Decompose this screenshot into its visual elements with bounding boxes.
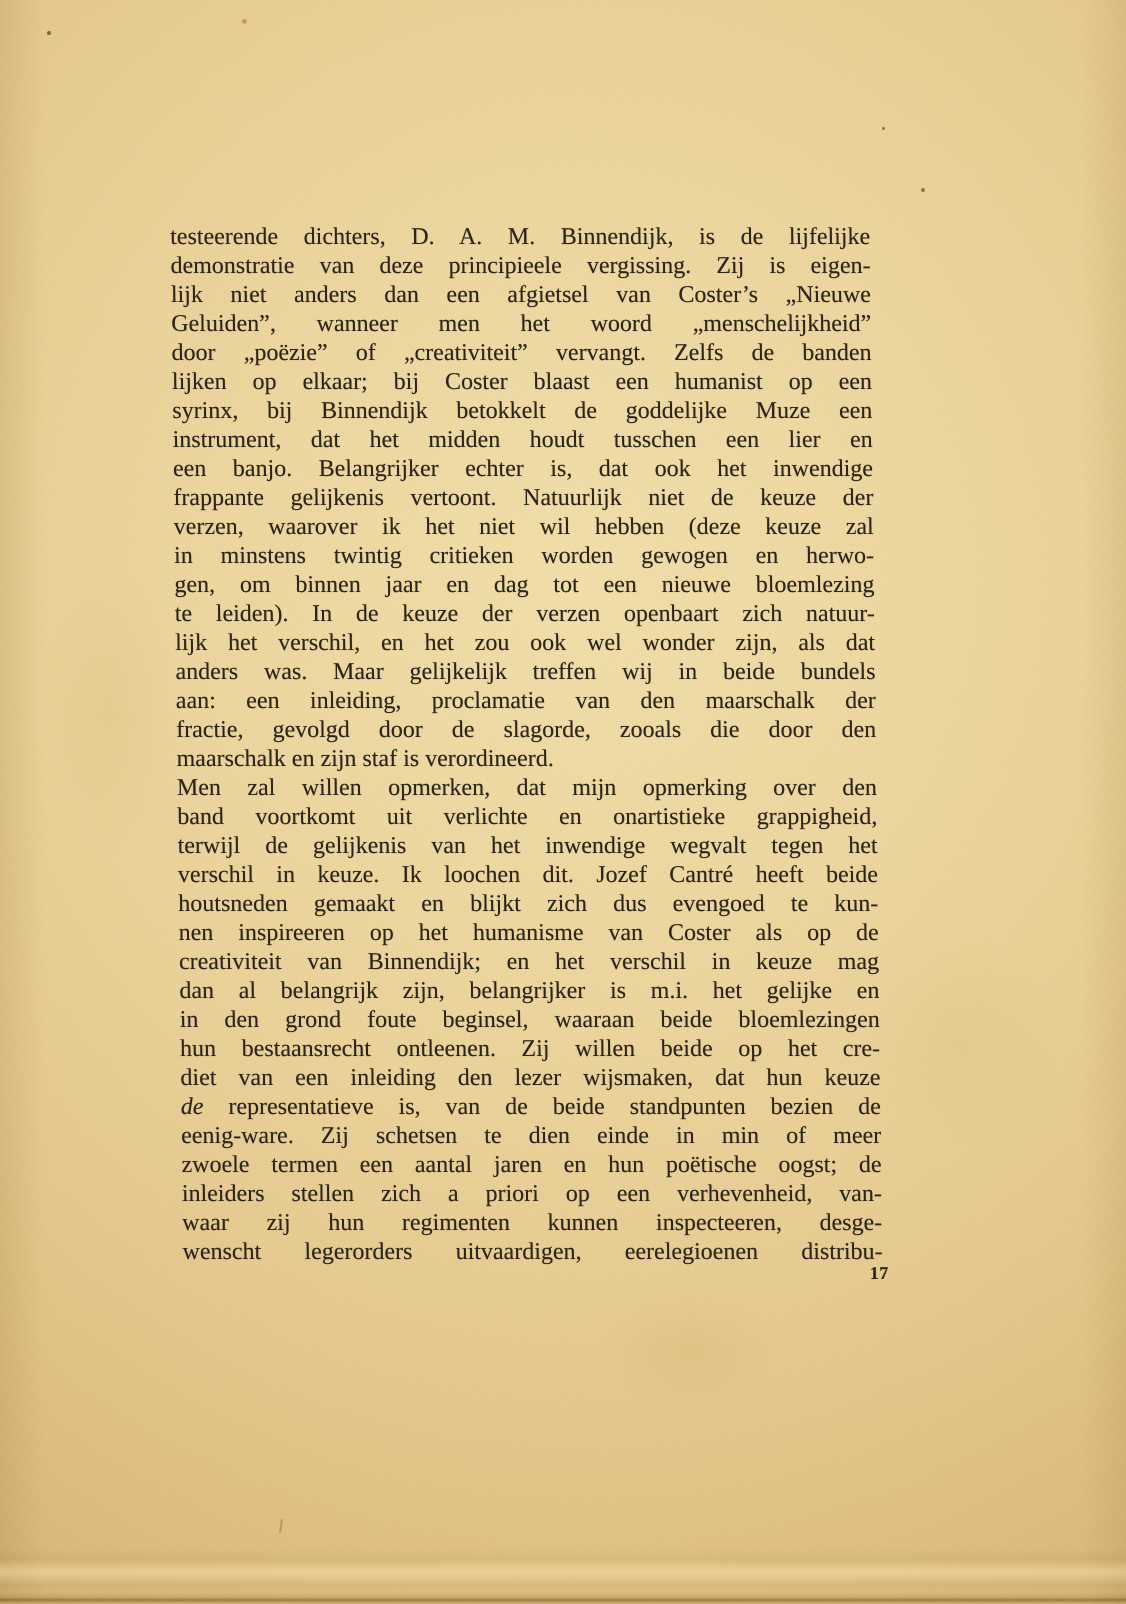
paper-speck [47,31,51,35]
text-line: in minstens twintig critieken worden gew… [174,542,874,571]
text-line: instrument, dat het midden houdt tussche… [172,426,872,455]
text-line: in den grond foute beginsel, waaraan bei… [180,1006,880,1035]
text-line: verschil in keuze. Ik loochen dit. Jozef… [178,861,878,890]
text-line: houtsneden gemaakt en blijkt zich dus ev… [178,890,878,919]
text-line: band voortkomt uit verlichte en onartist… [177,803,877,832]
text-line: een banjo. Belangrijker echter is, dat o… [173,455,873,484]
text-line: maarschalk en zijn staf is verordineerd. [176,745,876,774]
text-line: Geluiden”, wanneer men het woord „mensch… [171,310,871,339]
page-fold [0,1548,1126,1594]
paper-stain [40,560,180,860]
text-block: testeerende dichters, D. A. M. Binnendij… [170,223,883,1267]
text-line: testeerende dichters, D. A. M. Binnendij… [170,223,870,252]
text-line: dan al belangrijk zijn, belangrijker is … [179,977,879,1006]
text-line: waar zij hun regimenten kunnen inspectee… [182,1209,882,1238]
text-line: te leiden). In de keuze der verzen openb… [175,600,875,629]
page-bottom-edge [0,1592,1126,1604]
text-line: verzen, waarover ik het niet wil hebben … [174,513,874,542]
text-line: fractie, gevolgd door de slagorde, zooal… [176,716,876,745]
paper-speck [882,127,885,130]
text-line: nen inspireeren op het humanisme van Cos… [179,919,879,948]
text-line: creativiteit van Binnendijk; en het vers… [179,948,879,977]
scanned-page: testeerende dichters, D. A. M. Binnendij… [0,0,1126,1604]
text-line: zwoele termen een aantal jaren en hun po… [181,1151,881,1180]
paper-stain [600,1290,780,1410]
paper-scratch [279,1519,283,1533]
text-line: lijk niet anders dan een afgietsel van C… [171,281,871,310]
text-line: gen, om binnen jaar en dag tot een nieuw… [174,571,874,600]
paragraph: Men zal willen opmerken, dat mijn opmerk… [177,774,883,1267]
paper-speck [242,19,247,24]
text-line: demonstratie van deze principieele vergi… [170,252,870,281]
text-line: frappante gelijkenis vertoont. Natuurlij… [173,484,873,513]
text-line: hun bestaansrecht ontleenen. Zij willen … [180,1035,880,1064]
text-line: eenig-ware. Zij schetsen te dien einde i… [181,1122,881,1151]
text-line: anders was. Maar gelijkelijk treffen wij… [175,658,875,687]
text-line: lijken op elkaar; bij Coster blaast een … [172,368,872,397]
paragraph: testeerende dichters, D. A. M. Binnendij… [170,223,877,774]
text-line: inleiders stellen zich a priori op een v… [182,1180,882,1209]
paper-stain [860,930,1060,1150]
page-number: 17 [183,1263,889,1284]
text-line: syrinx, bij Binnendijk betokkelt de godd… [172,397,872,426]
text-line: lijk het verschil, en het zou ook wel wo… [175,629,875,658]
text-line: aan: een inleiding, proclamatie van den … [176,687,876,716]
text-line: terwijl de gelijkenis van het inwendige … [177,832,877,861]
text-line: door „poëzie” of „creativiteit” vervangt… [171,339,871,368]
text-line: diet van een inleiding den lezer wijsmak… [180,1064,880,1093]
paper-speck [921,188,925,192]
text-line: Men zal willen opmerken, dat mijn opmerk… [177,774,877,803]
text-line: de representatieve is, van de beide stan… [181,1093,881,1122]
